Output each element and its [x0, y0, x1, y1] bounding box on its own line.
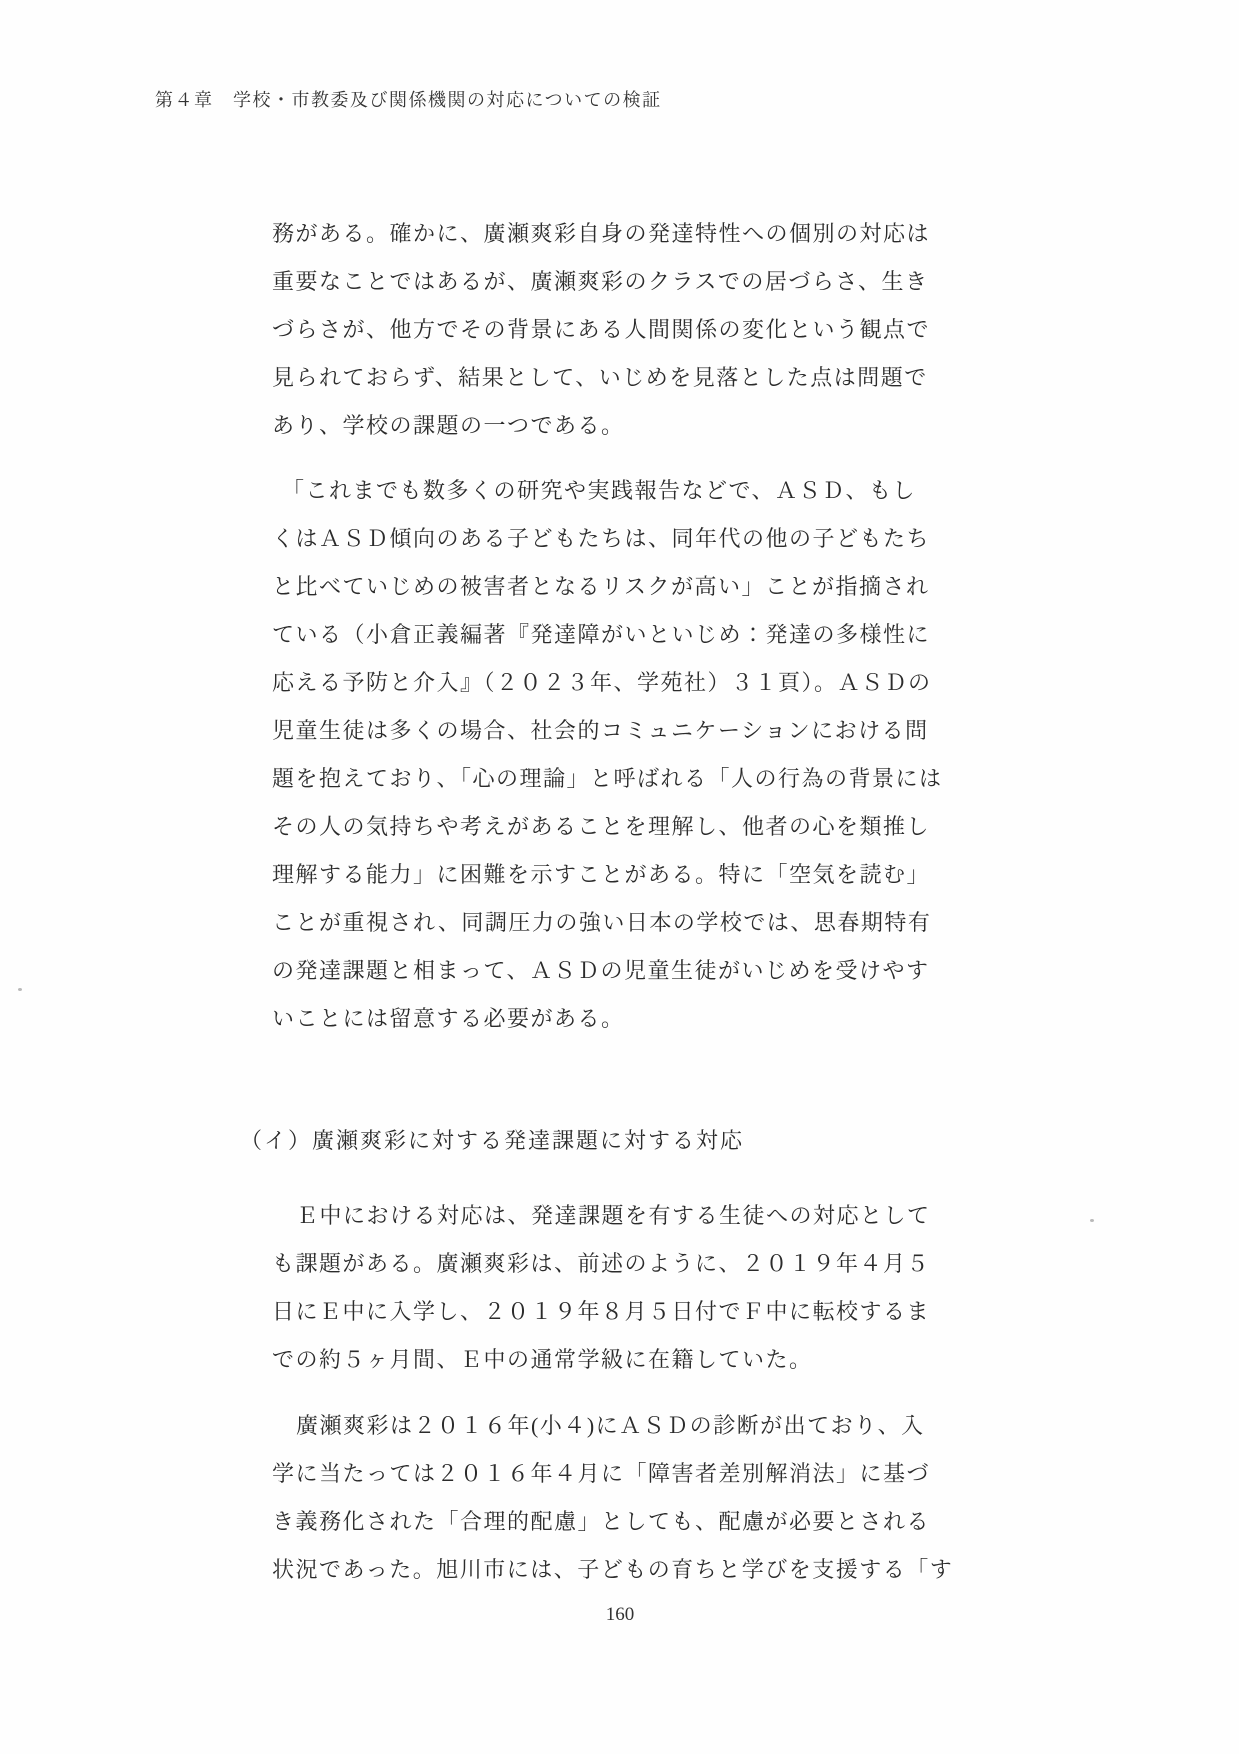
paragraph-4: 廣瀬爽彩は２０１６年(小４)にＡＳＤの診断が出ており、入 学に当たっては２０１６…	[272, 1402, 952, 1594]
text-line: と比べていじめの被害者となるリスクが高い」ことが指摘され	[272, 563, 952, 611]
text-line: ことが重視され、同調圧力の強い日本の学校では、思春期特有	[272, 899, 952, 947]
text-line: づらさが、他方でその背景にある人間関係の変化という観点で	[272, 306, 952, 354]
text-line: Ｅ中における対応は、発達課題を有する生徒への対応として	[272, 1192, 952, 1240]
text-line: の発達課題と相まって、ＡＳＤの児童生徒がいじめを受けやす	[272, 947, 952, 995]
text-line: 重要なことではあるが、廣瀬爽彩のクラスでの居づらさ、生き	[272, 258, 952, 306]
subsection-heading-i: （イ）廣瀬爽彩に対する発達課題に対する対応	[240, 1126, 744, 1156]
document-page: 第４章 学校・市教委及び関係機関の対応についての検証 務がある。確かに、廣瀬爽彩…	[0, 0, 1239, 1754]
text-line: くはＡＳＤ傾向のある子どもたちは、同年代の他の子どもたち	[272, 515, 952, 563]
text-line: 見られておらず、結果として、いじめを見落とした点は問題で	[272, 354, 952, 402]
text-line: 応える予防と介入』（２０２３年、学苑社）３１頁）。ＡＳＤの	[272, 659, 952, 707]
chapter-running-header: 第４章 学校・市教委及び関係機関の対応についての検証	[155, 86, 662, 112]
text-line: 日にＥ中に入学し、２０１９年８月５日付でＦ中に転校するま	[272, 1288, 952, 1336]
text-line: 状況であった。旭川市には、子どもの育ちと学びを支援する「す	[272, 1546, 952, 1594]
text-line: 題を抱えており、「心の理論」と呼ばれる「人の行為の背景には	[272, 755, 952, 803]
paragraph-2: 「これまでも数多くの研究や実践報告などで、ＡＳＤ、もし くはＡＳＤ傾向のある子ど…	[272, 467, 952, 1043]
scan-artifact-dot	[1090, 1219, 1094, 1222]
text-line: 学に当たっては２０１６年４月に「障害者差別解消法」に基づ	[272, 1450, 952, 1498]
text-line: での約５ヶ月間、Ｅ中の通常学級に在籍していた。	[272, 1336, 952, 1384]
text-line: 廣瀬爽彩は２０１６年(小４)にＡＳＤの診断が出ており、入	[272, 1402, 952, 1450]
text-line: あり、学校の課題の一つである。	[272, 402, 952, 450]
text-line: 理解する能力」に困難を示すことがある。特に「空気を読む」	[272, 851, 952, 899]
text-line: その人の気持ちや考えがあることを理解し、他者の心を類推し	[272, 803, 952, 851]
paragraph-1: 務がある。確かに、廣瀬爽彩自身の発達特性への個別の対応は 重要なことではあるが、…	[272, 210, 952, 450]
text-line: ている（小倉正義編著『発達障がいといじめ：発達の多様性に	[272, 611, 952, 659]
text-line: 「これまでも数多くの研究や実践報告などで、ＡＳＤ、もし	[272, 467, 952, 515]
text-line: も課題がある。廣瀬爽彩は、前述のように、２０１９年４月５	[272, 1240, 952, 1288]
scan-artifact-dot	[18, 988, 22, 991]
text-line: 務がある。確かに、廣瀬爽彩自身の発達特性への個別の対応は	[272, 210, 952, 258]
paragraph-3: Ｅ中における対応は、発達課題を有する生徒への対応として も課題がある。廣瀬爽彩は…	[272, 1192, 952, 1384]
text-line: 児童生徒は多くの場合、社会的コミュニケーションにおける問	[272, 707, 952, 755]
page-number: 160	[520, 1604, 720, 1626]
text-line: き義務化された「合理的配慮」としても、配慮が必要とされる	[272, 1498, 952, 1546]
text-line: いことには留意する必要がある。	[272, 995, 952, 1043]
